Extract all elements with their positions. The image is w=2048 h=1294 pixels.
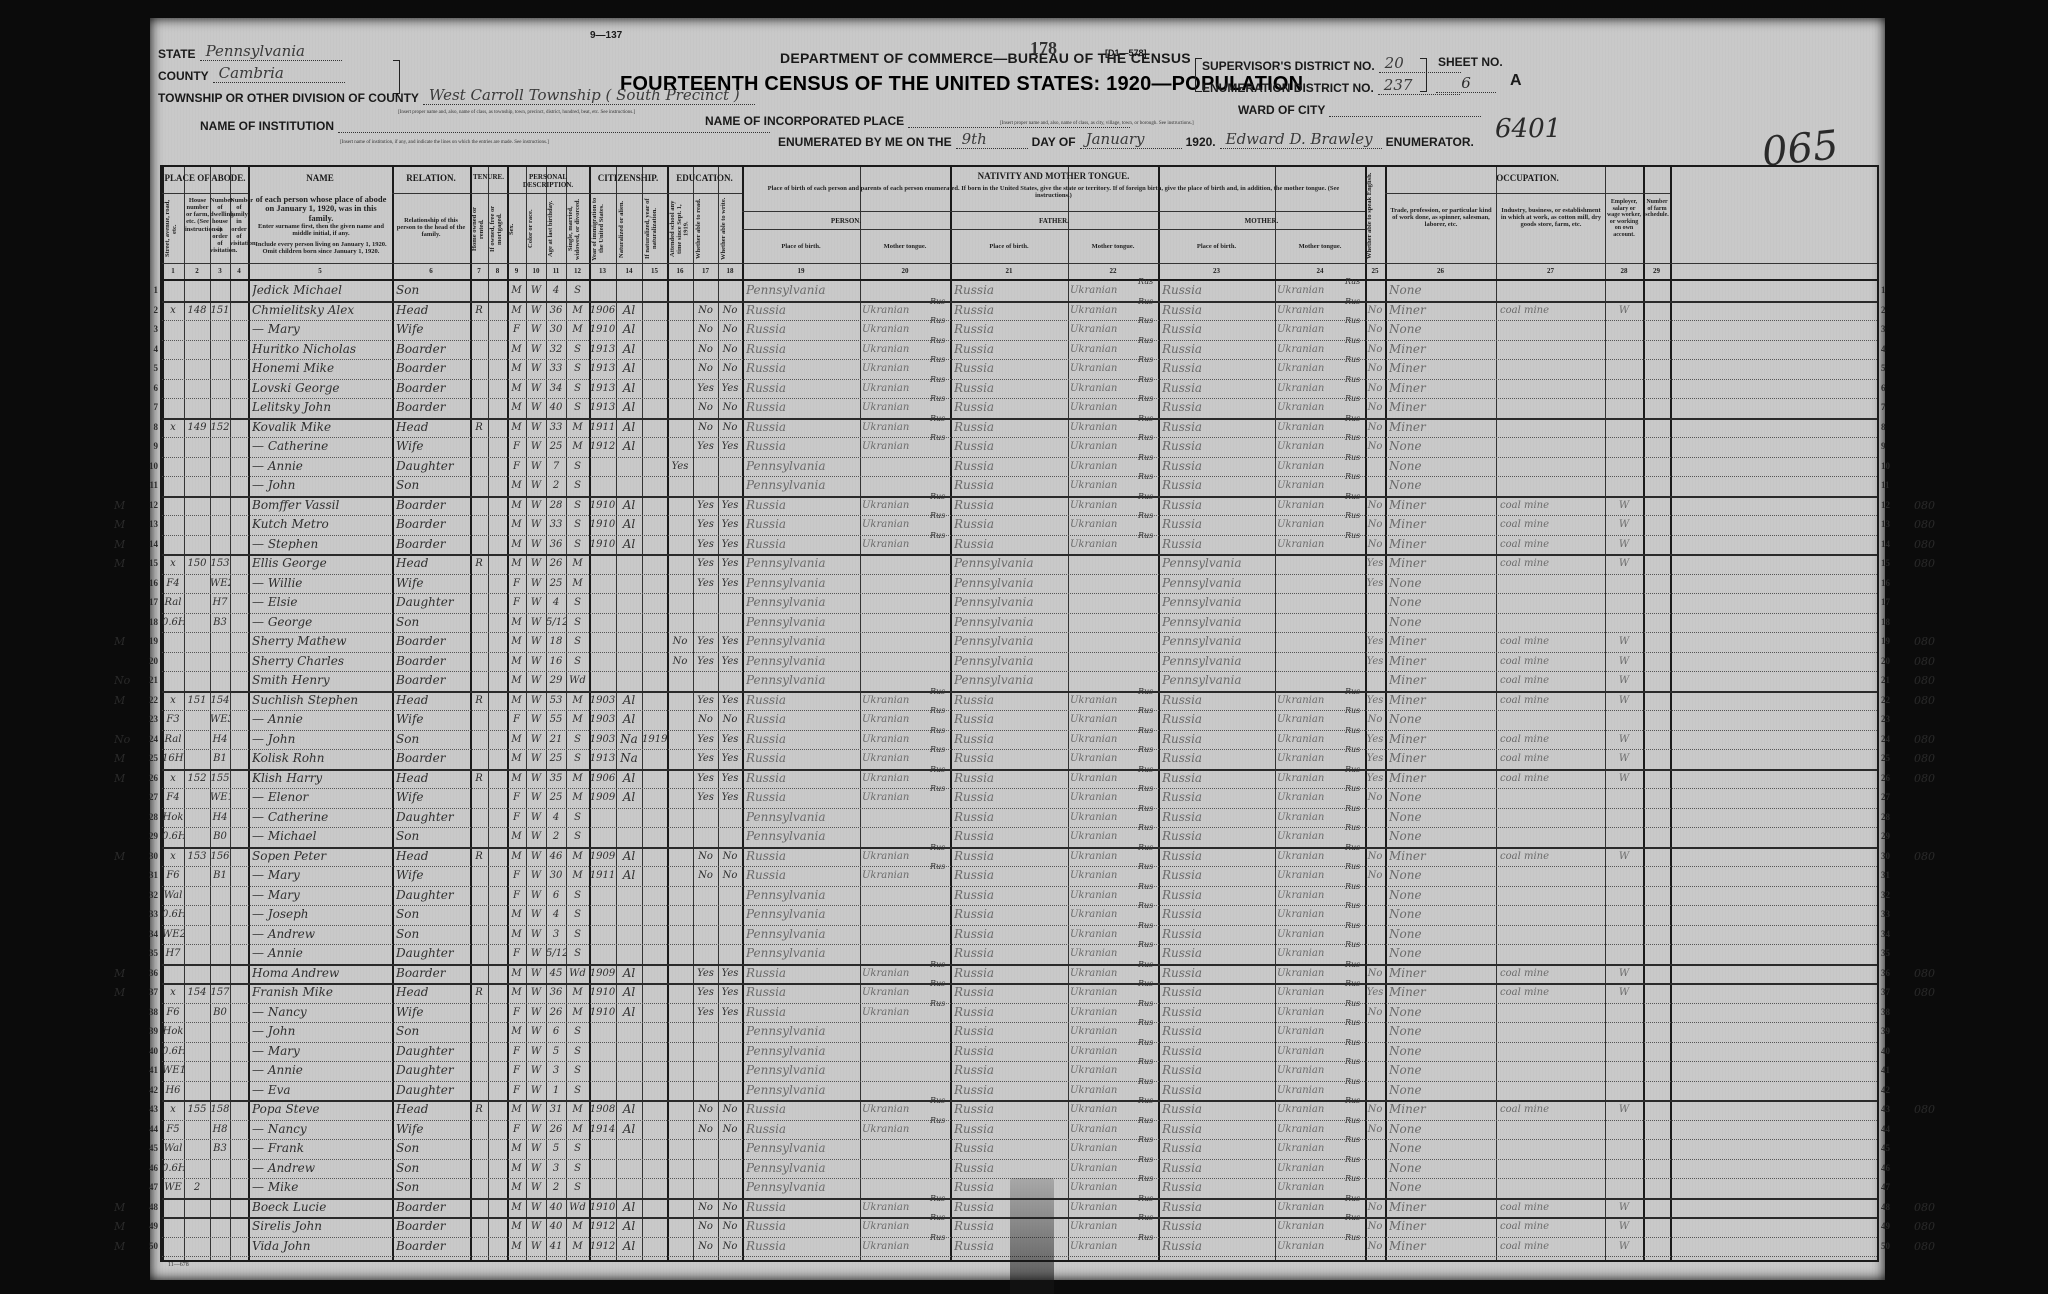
cell-pob: Russia — [746, 730, 860, 750]
table-row: 19MSherry MathewBoarderMW18SNoYesYesPenn… — [162, 632, 1877, 653]
line-number-right: 25 — [1881, 749, 1901, 769]
column-number: 18 — [718, 267, 742, 275]
cell-pob: Pennsylvania — [746, 905, 860, 925]
cell-house: WE — [162, 1178, 184, 1198]
cell-ind — [1500, 1178, 1605, 1198]
table-row: 26Mx152155Klish HarryHeadRMW35M1906AlYes… — [162, 769, 1877, 790]
cell-school — [667, 320, 693, 340]
cell-tenure: R — [470, 769, 488, 789]
cell-imm — [589, 632, 616, 652]
cell-ind — [1500, 1042, 1605, 1062]
cell-sex: F — [507, 1061, 526, 1081]
rus-annotation: Rus — [1138, 1233, 1153, 1242]
cell-pob: Pennsylvania — [746, 1081, 860, 1101]
cell-age: 3 — [546, 1061, 566, 1081]
cell-mar: M — [566, 1003, 589, 1023]
rus-annotation: Rus — [1345, 882, 1360, 891]
margin-note-right: 080 — [1914, 964, 1935, 984]
cell-read: Yes — [693, 515, 718, 535]
cell-natyr — [642, 632, 667, 652]
cell-natyr — [642, 574, 667, 594]
cell-pob: Russia — [746, 710, 860, 730]
cell-nat: Al — [616, 1003, 642, 1023]
line-number-left: 12 — [140, 496, 158, 516]
cell-name: Popa Steve — [252, 1100, 392, 1120]
cell-sex: F — [507, 320, 526, 340]
line-number-right: 1 — [1881, 281, 1901, 301]
cell-occ: None — [1389, 886, 1496, 906]
rus-annotation: Rus — [930, 1096, 945, 1105]
sheet-letter: A — [1510, 72, 1522, 90]
line-number-left: 23 — [140, 710, 158, 730]
cell-age: 3 — [546, 1159, 566, 1179]
cell-tenure — [470, 1061, 488, 1081]
cell-fam — [210, 925, 230, 945]
rus-annotation: Rus — [930, 414, 945, 423]
cell-ind: coal mine — [1500, 691, 1605, 711]
cell-rel: Daughter — [396, 1081, 470, 1101]
cell-nat: Al — [616, 320, 642, 340]
cell-tenure — [470, 1139, 488, 1159]
table-row: 30Mx153156Sopen PeterHeadRMW46M1909AlNoN… — [162, 847, 1877, 868]
cell-dwell — [184, 944, 210, 964]
cell-mpob: Russia — [1162, 1198, 1275, 1218]
cell-ind: coal mine — [1500, 515, 1605, 535]
cell-pob: Russia — [746, 379, 860, 399]
cell-imm — [589, 1042, 616, 1062]
cell-fam — [210, 1198, 230, 1218]
cell-dwell: 154 — [184, 983, 210, 1003]
cell-sex: M — [507, 632, 526, 652]
cell-natyr — [642, 1120, 667, 1140]
table-row: 44F5H8— NancyWifeFW26M1914AlNoNoRussiaUk… — [162, 1120, 1877, 1141]
cell-natyr — [642, 437, 667, 457]
rus-annotation: Rus — [1345, 1018, 1360, 1027]
rus-annotation: Rus — [1345, 687, 1360, 696]
cell-read — [693, 457, 718, 477]
cell-mar: M — [566, 418, 589, 438]
cell-natyr — [642, 944, 667, 964]
line-number-right: 45 — [1881, 1139, 1901, 1159]
cell-tenure — [470, 749, 488, 769]
cell-emp — [1605, 613, 1643, 633]
cell-school — [667, 827, 693, 847]
cell-emp — [1605, 866, 1643, 886]
cell-occ: Miner — [1389, 671, 1496, 691]
line-number-left: 42 — [140, 1081, 158, 1101]
header-c11: Age at last birthday. — [548, 197, 562, 261]
cell-fpob: Russia — [954, 847, 1068, 867]
cell-read: Yes — [693, 983, 718, 1003]
cell-nat — [616, 554, 642, 574]
cell-rel: Son — [396, 905, 470, 925]
cell-write — [718, 476, 742, 496]
cell-nat — [616, 944, 642, 964]
cell-occ: Miner — [1389, 1198, 1496, 1218]
cell-ftongue — [1070, 593, 1158, 613]
cell-natyr — [642, 808, 667, 828]
cell-ind: coal mine — [1500, 769, 1605, 789]
cell-rel: Wife — [396, 866, 470, 886]
cell-read: Yes — [693, 652, 718, 672]
cell-pob: Russia — [746, 866, 860, 886]
cell-tongue — [862, 1159, 950, 1179]
table-row: 330.6H4— JosephSonMW4SPennsylvaniaRussia… — [162, 905, 1877, 926]
cell-mpob: Russia — [1162, 691, 1275, 711]
cell-race: W — [526, 1003, 546, 1023]
cell-occ: None — [1389, 613, 1496, 633]
rus-annotation: Rus — [930, 1213, 945, 1222]
rus-annotation: Rus — [1138, 531, 1153, 540]
rus-annotation: Rus — [930, 726, 945, 735]
cell-school — [667, 359, 693, 379]
form-code: [D1—578] — [1105, 48, 1147, 58]
header-c5-title: of each person whose place of abode on J… — [254, 195, 388, 223]
cell-imm — [589, 457, 616, 477]
group-occupation: OCCUPATION. — [1385, 173, 1670, 183]
cell-fam — [210, 535, 230, 555]
cell-eng: No — [1365, 320, 1385, 340]
cell-fpob: Russia — [954, 1081, 1068, 1101]
rus-annotation: Rus — [930, 1116, 945, 1125]
rus-annotation: Rus — [1138, 901, 1153, 910]
ink-stain — [1010, 1178, 1054, 1294]
cell-name: — Mike — [252, 1178, 392, 1198]
cell-age: 4 — [546, 593, 566, 613]
cell-school — [667, 788, 693, 808]
cell-house: F4 — [162, 574, 184, 594]
cell-rel: Daughter — [396, 457, 470, 477]
cell-tongue — [862, 593, 950, 613]
cell-name: Kolisk Rohn — [252, 749, 392, 769]
line-number-right: 46 — [1881, 1159, 1901, 1179]
cell-imm: 1913 — [589, 379, 616, 399]
rus-annotation: Rus — [1345, 453, 1360, 462]
cell-mpob: Russia — [1162, 1042, 1275, 1062]
cell-write — [718, 886, 742, 906]
cell-dwell — [184, 1159, 210, 1179]
cell-ftongue — [1070, 652, 1158, 672]
cell-occ: None — [1389, 1081, 1496, 1101]
cell-occ: None — [1389, 1061, 1496, 1081]
cell-fpob: Russia — [954, 1120, 1068, 1140]
cell-pob: Russia — [746, 1217, 860, 1237]
cell-mar: M — [566, 866, 589, 886]
cell-school — [667, 1120, 693, 1140]
cell-read: No — [693, 340, 718, 360]
cell-house — [162, 437, 184, 457]
cell-ftongue — [1070, 632, 1158, 652]
rus-annotation: Rus — [1138, 433, 1153, 442]
group-mother: MOTHER. — [1158, 217, 1365, 225]
header-c24: Mother tongue. — [1275, 243, 1365, 250]
cell-mar: M — [566, 691, 589, 711]
cell-read: Yes — [693, 964, 718, 984]
line-number-left: 6 — [140, 379, 158, 399]
cell-race: W — [526, 496, 546, 516]
cell-rel: Son — [396, 730, 470, 750]
header-c27: Industry, business, or establishment in … — [1500, 207, 1602, 228]
cell-house: 0.6H4 — [162, 905, 184, 925]
cell-race: W — [526, 944, 546, 964]
cell-natyr — [642, 340, 667, 360]
cell-name: Klish Harry — [252, 769, 392, 789]
cell-tenure — [470, 886, 488, 906]
cell-name: — Mary — [252, 1042, 392, 1062]
cell-race: W — [526, 379, 546, 399]
rus-annotation: Rus — [1138, 1077, 1153, 1086]
line-number-right: 10 — [1881, 457, 1901, 477]
table-row: 43x155158Popa SteveHeadRMW31M1908AlNoNoR… — [162, 1100, 1877, 1121]
cell-emp — [1605, 398, 1643, 418]
cell-ftongue — [1070, 574, 1158, 594]
cell-ftongue — [1070, 554, 1158, 574]
header-c8: If owned, free or mortgaged. — [490, 197, 504, 261]
cell-age: 30 — [546, 866, 566, 886]
cell-fam — [210, 1178, 230, 1198]
cell-eng: No — [1365, 340, 1385, 360]
cell-eng — [1365, 1042, 1385, 1062]
cell-school — [667, 925, 693, 945]
cell-mar: S — [566, 535, 589, 555]
rus-annotation: Rus — [1345, 1174, 1360, 1183]
cell-dwell — [184, 535, 210, 555]
cell-fam: 152 — [210, 418, 230, 438]
township-note: [Insert proper name and, also, name of c… — [398, 110, 635, 115]
cell-mar: S — [566, 457, 589, 477]
cell-age: 5/12 — [546, 613, 566, 633]
cell-natyr — [642, 281, 667, 301]
cell-fam — [210, 496, 230, 516]
cell-natyr — [642, 749, 667, 769]
cell-age: 31 — [546, 1100, 566, 1120]
cell-read: No — [693, 418, 718, 438]
cell-ind — [1500, 1120, 1605, 1140]
district-bracket-left — [1195, 58, 1202, 92]
cell-name: Suchlish Stephen — [252, 691, 392, 711]
cell-ind — [1500, 418, 1605, 438]
cell-dwell — [184, 574, 210, 594]
cell-pob: Russia — [746, 398, 860, 418]
cell-race: W — [526, 457, 546, 477]
cell-rel: Boarder — [396, 652, 470, 672]
cell-eng: Yes — [1365, 554, 1385, 574]
cell-pob: Russia — [746, 1100, 860, 1120]
rus-annotation: Rus — [1345, 784, 1360, 793]
line-number-left: 22 — [140, 691, 158, 711]
day-of-label: DAY OF — [1032, 135, 1076, 149]
cell-emp: W — [1605, 983, 1643, 1003]
cell-fpob: Russia — [954, 866, 1068, 886]
cell-sex: M — [507, 379, 526, 399]
cell-nat — [616, 925, 642, 945]
line-number-left: 17 — [140, 593, 158, 613]
cell-fam — [210, 1217, 230, 1237]
cell-fam — [210, 1081, 230, 1101]
line-number-left: 47 — [140, 1178, 158, 1198]
margin-note-left: M — [114, 749, 125, 769]
cell-rel: Boarder — [396, 515, 470, 535]
institution-note: [Insert name of institution, if any, and… — [340, 140, 549, 145]
cell-dwell — [184, 496, 210, 516]
cell-emp: W — [1605, 301, 1643, 321]
table-row: 38F6B0— NancyWifeFW26M1910AlYesYesRussia… — [162, 1003, 1877, 1024]
cell-school — [667, 554, 693, 574]
cell-tenure — [470, 1081, 488, 1101]
table-row: 3— MaryWifeFW30M1910AlNoNoRussiaUkranian… — [162, 320, 1877, 341]
cell-ind: coal mine — [1500, 554, 1605, 574]
cell-dwell — [184, 398, 210, 418]
header-c21: Place of birth. — [950, 243, 1068, 250]
cell-age: 32 — [546, 340, 566, 360]
cell-fam — [210, 340, 230, 360]
cell-write — [718, 925, 742, 945]
margin-note-left: M — [114, 769, 125, 789]
rus-annotation: Rus — [930, 960, 945, 969]
cell-ind — [1500, 457, 1605, 477]
rus-annotation: Rus — [930, 687, 945, 696]
cell-sex: M — [507, 1139, 526, 1159]
cell-name: Boeck Lucie — [252, 1198, 392, 1218]
cell-fpob: Russia — [954, 281, 1068, 301]
column-number: 4 — [230, 267, 248, 275]
cell-school — [667, 1198, 693, 1218]
line-number-left: 28 — [140, 808, 158, 828]
cell-fpob: Russia — [954, 710, 1068, 730]
cell-read: Yes — [693, 769, 718, 789]
cell-eng — [1365, 457, 1385, 477]
cell-read: No — [693, 1120, 718, 1140]
cell-occ: None — [1389, 593, 1496, 613]
cell-house: 0.6H3 — [162, 1159, 184, 1179]
table-row: 34WE2— AndrewSonMW3SPennsylvaniaRussiaUk… — [162, 925, 1877, 946]
table-row: 39Hok— JohnSonMW6SPennsylvaniaRussiaUkra… — [162, 1022, 1877, 1043]
cell-pob: Pennsylvania — [746, 886, 860, 906]
cell-natyr — [642, 1061, 667, 1081]
cell-nat: Al — [616, 535, 642, 555]
line-number-right: 8 — [1881, 418, 1901, 438]
cell-school — [667, 1237, 693, 1257]
enumerated-day: 9th — [956, 130, 1028, 149]
rus-annotation: Rus — [1345, 336, 1360, 345]
cell-eng: No — [1365, 418, 1385, 438]
cell-pob: Pennsylvania — [746, 613, 860, 633]
cell-school — [667, 574, 693, 594]
cell-mpob: Russia — [1162, 730, 1275, 750]
cell-name: — Willie — [252, 574, 392, 594]
cell-school — [667, 496, 693, 516]
cell-tenure: R — [470, 554, 488, 574]
group-personal: PERSONAL DESCRIPTION. — [507, 173, 589, 189]
cell-mpob: Pennsylvania — [1162, 574, 1275, 594]
cell-fpob: Pennsylvania — [954, 593, 1068, 613]
line-number-left: 27 — [140, 788, 158, 808]
cell-natyr — [642, 827, 667, 847]
cell-house — [162, 476, 184, 496]
cell-name: Honemi Mike — [252, 359, 392, 379]
cell-fpob: Russia — [954, 340, 1068, 360]
cell-pob: Russia — [746, 749, 860, 769]
rus-annotation: Rus — [1345, 433, 1360, 442]
cell-house: x — [162, 691, 184, 711]
cell-race: W — [526, 749, 546, 769]
cell-nat — [616, 1139, 642, 1159]
line-number-right: 32 — [1881, 886, 1901, 906]
cell-natyr — [642, 1042, 667, 1062]
cell-nat: Al — [616, 398, 642, 418]
cell-house — [162, 359, 184, 379]
rus-annotation: Rus — [930, 1233, 945, 1242]
cell-age: 36 — [546, 983, 566, 1003]
cell-rel: Son — [396, 1022, 470, 1042]
cell-write — [718, 457, 742, 477]
cell-sex: M — [507, 671, 526, 691]
cell-house: Ral — [162, 593, 184, 613]
cell-name: Bomffer Vassil — [252, 496, 392, 516]
cell-natyr — [642, 379, 667, 399]
group-abode: PLACE OF ABODE. — [162, 173, 248, 183]
rus-annotation: Rus — [930, 355, 945, 364]
cell-emp — [1605, 1178, 1643, 1198]
table-row: 17RalH7— ElsieDaughterFW4SPennsylvaniaPe… — [162, 593, 1877, 614]
column-number: 12 — [566, 267, 589, 275]
cell-age: 25 — [546, 437, 566, 457]
cell-race: W — [526, 1100, 546, 1120]
cell-dwell — [184, 379, 210, 399]
header-line — [742, 229, 1365, 230]
cell-tenure — [470, 1120, 488, 1140]
cell-school — [667, 1159, 693, 1179]
cell-eng: No — [1365, 359, 1385, 379]
cell-imm: 1912 — [589, 1237, 616, 1257]
cell-eng: Yes — [1365, 730, 1385, 750]
cell-read: No — [693, 398, 718, 418]
cell-fpob: Russia — [954, 808, 1068, 828]
line-number-left: 10 — [140, 457, 158, 477]
rus-annotation: Rus — [1345, 1077, 1360, 1086]
cell-ind: coal mine — [1500, 671, 1605, 691]
header-line — [162, 263, 1877, 264]
cell-fam — [210, 1061, 230, 1081]
cell-house — [162, 515, 184, 535]
header-c9: Sex. — [509, 197, 523, 261]
cell-eng: No — [1365, 964, 1385, 984]
cell-name: Sopen Peter — [252, 847, 392, 867]
cell-nat — [616, 1061, 642, 1081]
line-number-left: 14 — [140, 535, 158, 555]
cell-read: No — [693, 1100, 718, 1120]
cell-write — [718, 613, 742, 633]
line-number-right: 41 — [1881, 1061, 1901, 1081]
cell-age: 53 — [546, 691, 566, 711]
cell-sex: F — [507, 808, 526, 828]
cell-occ: Miner — [1389, 301, 1496, 321]
cell-fam — [210, 359, 230, 379]
rus-annotation: Rus — [930, 1194, 945, 1203]
cell-rel: Boarder — [396, 359, 470, 379]
cell-mar: S — [566, 593, 589, 613]
line-number-right: 17 — [1881, 593, 1901, 613]
cell-sex: F — [507, 593, 526, 613]
cell-tenure — [470, 476, 488, 496]
cell-race: W — [526, 1237, 546, 1257]
cell-read — [693, 1139, 718, 1159]
institution-label: NAME OF INSTITUTION — [200, 119, 334, 133]
cell-eng — [1365, 593, 1385, 613]
rus-annotation: Rus — [1138, 297, 1153, 306]
cell-emp: W — [1605, 964, 1643, 984]
cell-house — [162, 457, 184, 477]
